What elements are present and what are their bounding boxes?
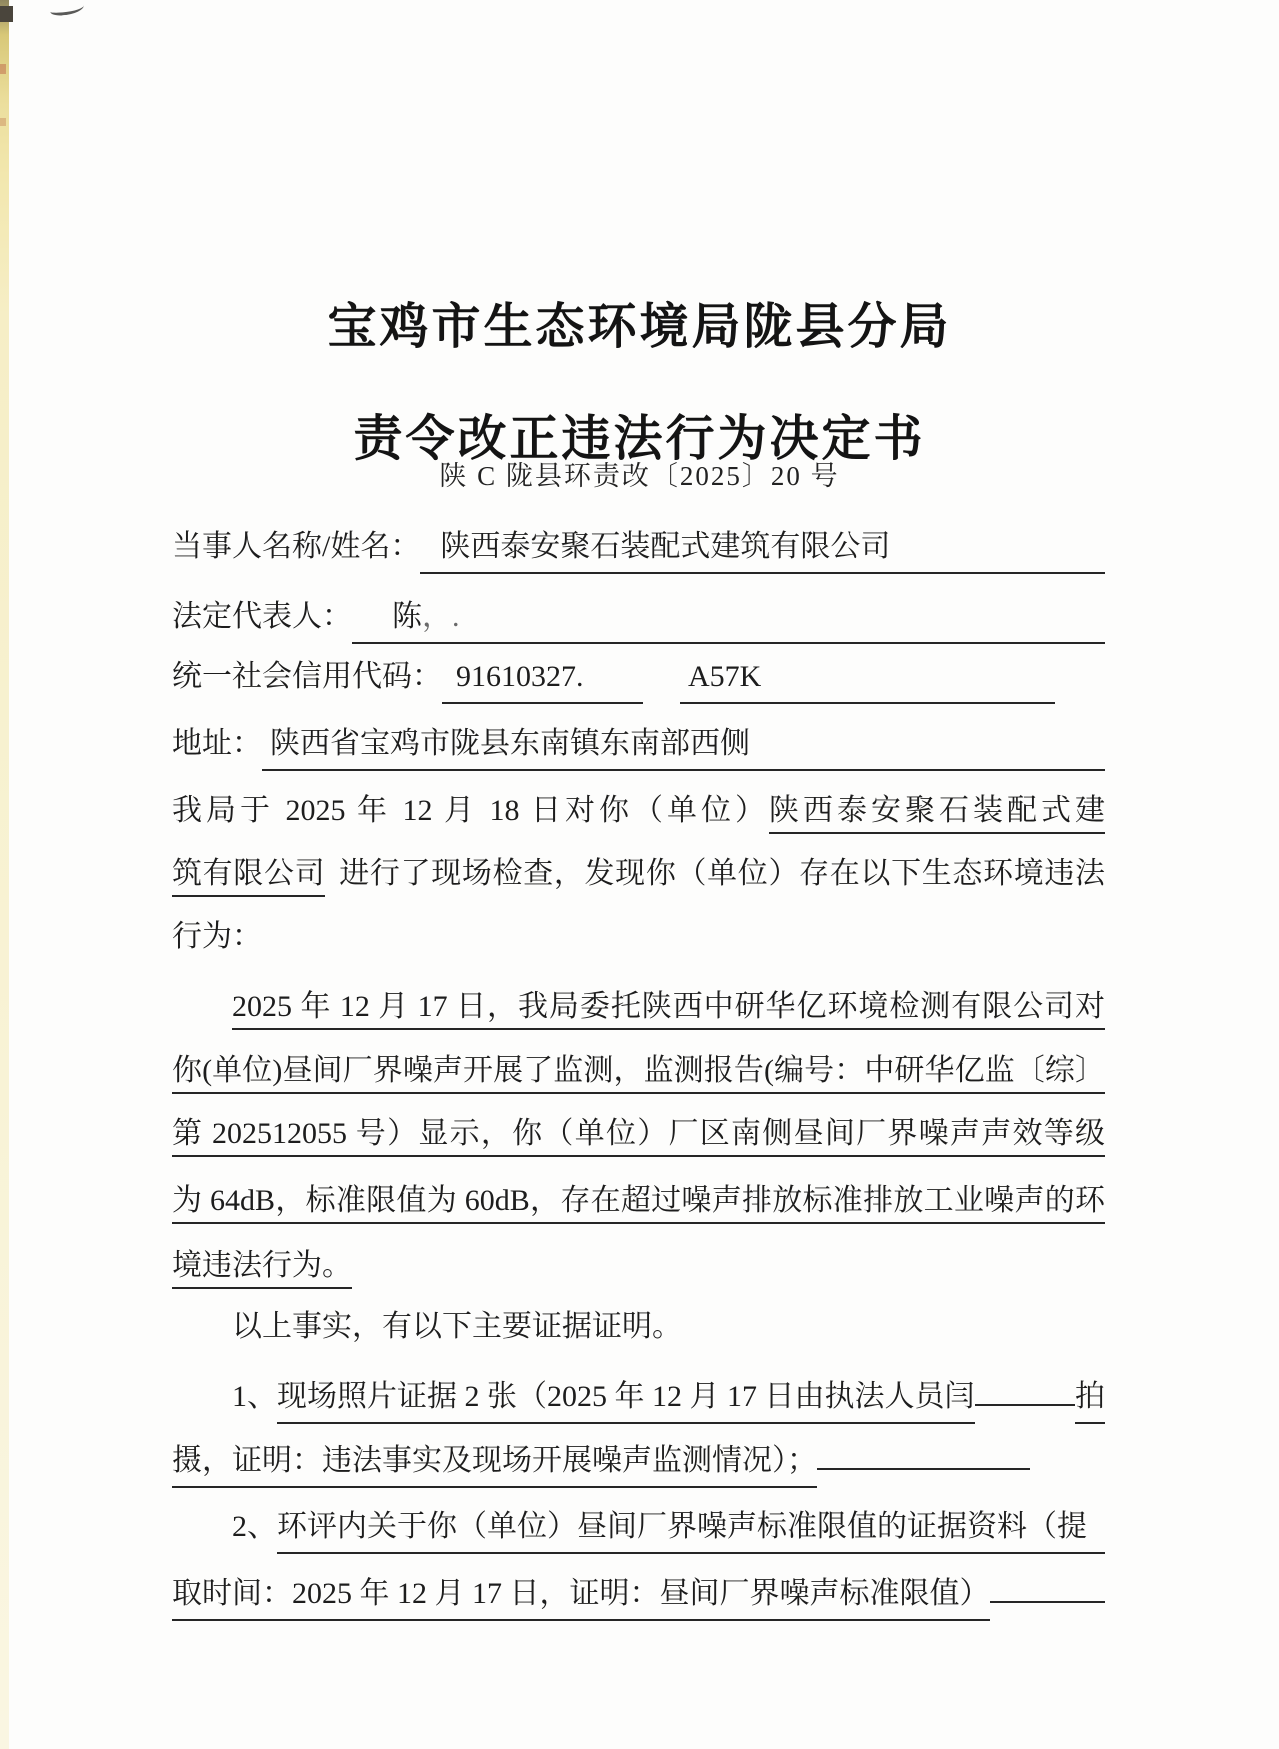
legal-representative-redaction: ，. — [422, 600, 460, 633]
scan-edge-artifact — [0, 0, 9, 1749]
inspection-company-underlined: 筑有限公司 — [172, 857, 325, 897]
legal-representative-label: 法定代表人： — [172, 597, 352, 644]
evidence2-line2: 取时间：2025 年 12 月 17 日，证明：昼间厂界噪声标准限值） — [172, 1574, 1105, 1621]
evidence2-text-underlined: 取时间：2025 年 12 月 17 日，证明：昼间厂界噪声标准限值） — [172, 1574, 990, 1621]
violation-text-underlined: 为 64dB，标准限值为 60dB，存在超过噪声排放标准排放工业噪声的环 — [172, 1184, 1105, 1224]
evidence1-text-underlined: 摄，证明：违法事实及现场开展噪声监测情况）； — [172, 1441, 817, 1488]
evidence1-line1: 1、 现场照片证据 2 张（2025 年 12 月 17 日由执法人员闫 拍 — [172, 1377, 1105, 1424]
violation-line1: 2025 年 12 月 17 日，我局委托陕西中研华亿环境检测有限公司对 — [172, 987, 1105, 1027]
document-title-line1: 宝鸡市生态环境局陇县分局 — [0, 288, 1279, 358]
legal-representative-value: 陈，. — [352, 597, 1105, 644]
scan-pen-mark — [49, 1, 84, 17]
legal-representative-field: 法定代表人： 陈，. — [172, 597, 1105, 644]
credit-code-part1: 91610327. — [442, 657, 643, 704]
evidence-intro: 以上事实，有以下主要证据证明。 — [172, 1307, 1105, 1347]
party-name-label: 当事人名称/姓名： — [172, 527, 420, 574]
violation-line2: 你(单位)昼间厂界噪声开展了监测，监测报告(编号：中研华亿监〔综〕 — [172, 1051, 1105, 1091]
violation-line3: 第 202512055 号）显示，你（单位）厂区南侧昼间厂界噪声声效等级 — [172, 1114, 1105, 1154]
credit-code-label: 统一社会信用代码： — [172, 657, 442, 704]
scan-edge-stain — [0, 118, 6, 126]
evidence-intro-text: 以上事实，有以下主要证据证明。 — [232, 1310, 682, 1343]
address-value: 陕西省宝鸡市陇县东南镇东南部西侧 — [262, 724, 1105, 771]
evidence1-line2: 摄，证明：违法事实及现场开展噪声监测情况）； — [172, 1441, 1105, 1488]
party-name-value: 陕西泰安聚石装配式建筑有限公司 — [420, 527, 1105, 574]
evidence1-number: 1、 — [232, 1377, 277, 1424]
evidence2-underline-extension — [990, 1596, 1106, 1603]
scan-corner-mark — [0, 6, 13, 22]
inspection-text: 进行了现场检查，发现你（单位）存在以下生态环境违法 — [339, 857, 1105, 890]
credit-code-part2: A57K — [680, 657, 1055, 704]
violation-text-underlined: 2025 年 12 月 17 日，我局委托陕西中研华亿环境检测有限公司对 — [232, 990, 1105, 1030]
party-name-field: 当事人名称/姓名： 陕西泰安聚石装配式建筑有限公司 — [172, 527, 1105, 574]
violation-line4: 为 64dB，标准限值为 60dB，存在超过噪声排放标准排放工业噪声的环 — [172, 1181, 1105, 1221]
inspection-paragraph-line2: 筑有限公司进行了现场检查，发现你（单位）存在以下生态环境违法 — [172, 854, 1105, 894]
evidence2-number: 2、 — [232, 1507, 277, 1554]
evidence1-redacted-gap — [975, 1399, 1076, 1406]
scanned-document-page: 宝鸡市生态环境局陇县分局 责令改正违法行为决定书 陕 C 陇县环责改〔2025〕… — [0, 0, 1279, 1749]
inspection-paragraph-line1: 我局于 2025 年 12 月 18 日对你（单位）陕西泰安聚石装配式建 — [172, 791, 1105, 831]
inspection-text: 我局于 2025 年 12 月 18 日对你（单位） — [172, 794, 769, 827]
violation-text-underlined: 境违法行为。 — [172, 1249, 352, 1289]
violation-text-underlined: 第 202512055 号）显示，你（单位）厂区南侧昼间厂界噪声声效等级 — [172, 1117, 1105, 1157]
scan-edge-stain — [0, 64, 6, 74]
evidence1-underline-extension — [817, 1463, 1030, 1470]
violation-text-underlined: 你(单位)昼间厂界噪声开展了监测，监测报告(编号：中研华亿监〔综〕 — [172, 1054, 1105, 1094]
evidence1-text-underlined: 现场照片证据 2 张（2025 年 12 月 17 日由执法人员闫 — [277, 1377, 975, 1424]
legal-representative-name: 陈 — [392, 600, 422, 633]
document-number: 陕 C 陇县环责改〔2025〕20 号 — [0, 454, 1279, 493]
violation-line5: 境违法行为。 — [172, 1246, 1105, 1286]
evidence2-text-underlined: 环评内关于你（单位）昼间厂界噪声标准限值的证据资料（提 — [277, 1507, 1105, 1554]
evidence1-tail-underlined: 拍 — [1075, 1377, 1105, 1424]
address-field: 地址： 陕西省宝鸡市陇县东南镇东南部西侧 — [172, 724, 1105, 771]
inspection-text: 行为： — [172, 920, 262, 953]
evidence2-line1: 2、 环评内关于你（单位）昼间厂界噪声标准限值的证据资料（提 — [172, 1507, 1105, 1554]
inspection-company-underlined: 陕西泰安聚石装配式建 — [769, 794, 1105, 834]
address-label: 地址： — [172, 724, 262, 771]
inspection-paragraph-line3: 行为： — [172, 917, 1105, 957]
credit-code-field: 统一社会信用代码： 91610327. A57K — [172, 657, 1105, 704]
